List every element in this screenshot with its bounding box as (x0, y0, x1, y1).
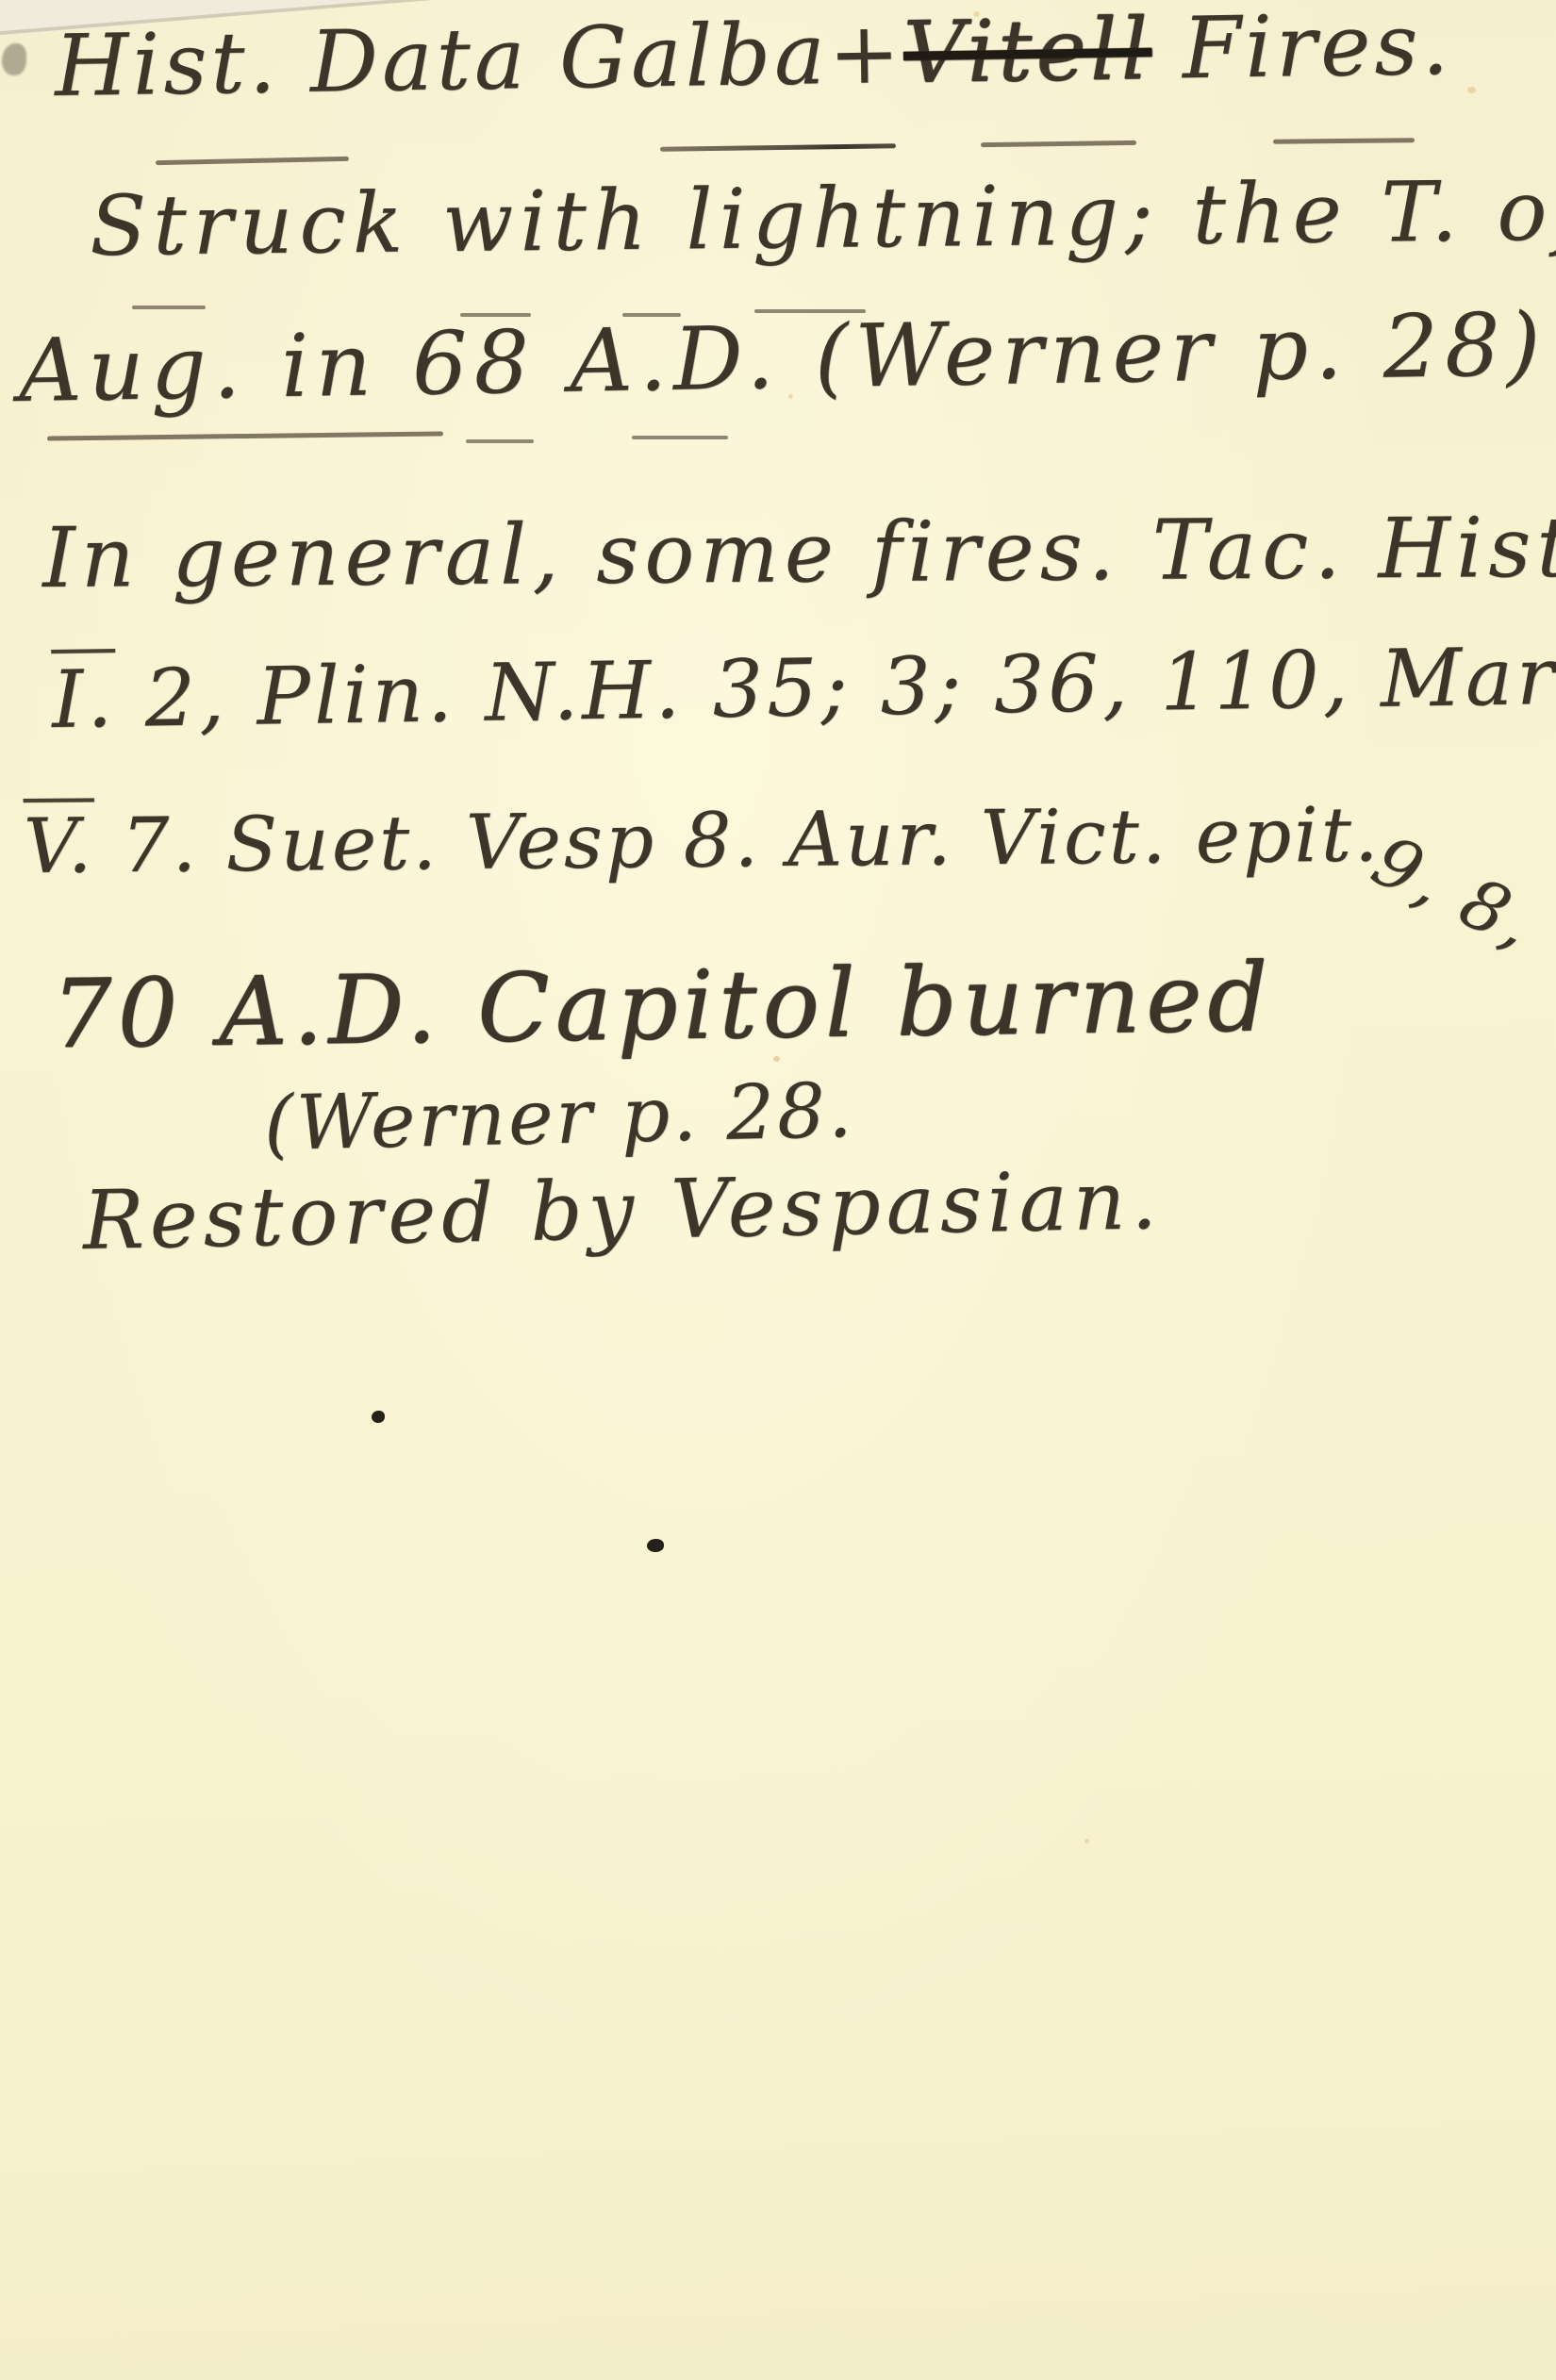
line-6-text: 7. Suet. Vesp 8. Aur. Vict. epit. (94, 790, 1382, 889)
paper-speck (973, 11, 980, 17)
handwritten-line-2: Struck with lightning; the T. of (90, 169, 1556, 268)
paper-speck (1084, 1839, 1089, 1843)
handwritten-line-8: (Werner p. 28. (263, 1073, 855, 1162)
line-5-text: 2, Plin. N.H. 35; 3; 36, 110, Mart (115, 629, 1556, 745)
underline-dash (622, 313, 681, 317)
paper-speck (773, 1056, 780, 1062)
line-1-fires: Fires. (1150, 0, 1453, 99)
line-1-galba: Galba+ (558, 4, 904, 108)
underline-stroke (660, 143, 896, 151)
ink-dot (372, 1411, 385, 1423)
line-5-roman-numeral: I. (51, 653, 116, 746)
handwritten-line-4: In general, some fires. Tac. Hist. (42, 505, 1556, 600)
handwritten-line-1: Hist. Data Galba+Vitell Fires. (54, 3, 1452, 109)
handwritten-line-7: 70 A.D. Capitol burned (51, 950, 1274, 1062)
note-card: Hist. Data Galba+Vitell Fires. Struck wi… (0, 0, 1556, 2380)
underline-stroke (47, 431, 443, 440)
underline-dash (632, 436, 728, 439)
underline-dash (466, 439, 534, 443)
underline-stroke (1273, 138, 1415, 144)
underline-dash (460, 313, 531, 317)
ink-dot (647, 1539, 664, 1552)
line-6-roman-numeral: V. (24, 802, 95, 890)
line-1-vitell-crossed-out: Vitell (902, 0, 1152, 103)
paper-speck (1467, 87, 1476, 93)
paper-speck (788, 394, 793, 399)
line-6-trailing-numbers: 9, 8, (1363, 826, 1545, 961)
handwritten-line-6: V. 7. Suet. Vesp 8. Aur. Vict. epit.9, 8… (24, 796, 1550, 884)
underline-stroke (156, 157, 349, 165)
handwritten-line-5: I. 2, Plin. N.H. 35; 3; 36, 110, Mart (51, 636, 1556, 739)
line-1-text: Hist. Data (54, 9, 560, 116)
handwritten-line-9: Restored by Vespasian. (82, 1160, 1163, 1262)
underline-dash (132, 306, 206, 309)
handwritten-line-3: Aug. in 68 A.D. (Werner p. 28) (18, 302, 1548, 415)
underline-stroke (981, 140, 1136, 147)
underline-dash (754, 309, 866, 313)
card-corner-shadow (2, 43, 26, 75)
